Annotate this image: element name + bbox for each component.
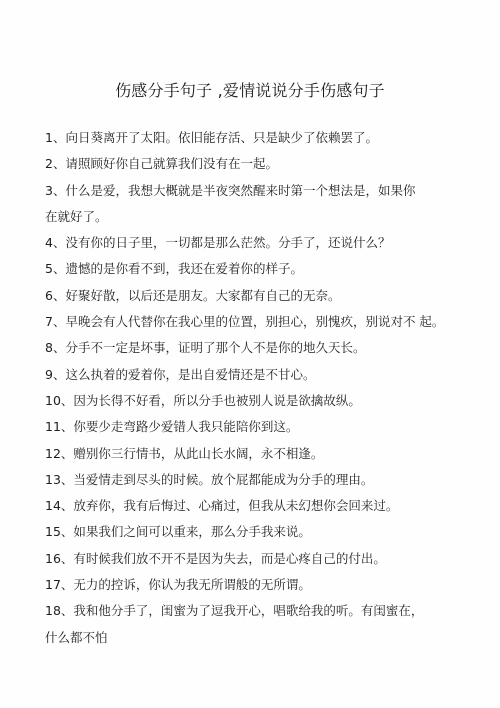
item-number: 12、 bbox=[45, 446, 73, 461]
sentence-text: 1、向日葵离开了太阳。依旧能存活、只是缺少了依赖罢了。 bbox=[45, 125, 455, 151]
item-number: 3、 bbox=[45, 183, 65, 198]
item-number: 2、 bbox=[45, 156, 65, 171]
sentence-text: 4、没有你的日子里，一切都是那么茫然。分手了，还说什么？ bbox=[45, 230, 455, 256]
sentence-list: 1、向日葵离开了太阳。依旧能存活、只是缺少了依赖罢了。2、请照顾好你自己就算我们… bbox=[45, 125, 455, 651]
list-item: 8、分手不一定是坏事，证明了那个人不是你的地久天长。 bbox=[45, 335, 455, 361]
list-item: 7、早晚会有人代替你在我心里的位置，别担心，别愧疚，别说对不 起。 bbox=[45, 309, 455, 335]
list-item: 11、你要少走弯路少爱错人我只能陪你到这。 bbox=[45, 414, 455, 440]
sentence-line: 没有你的日子里，一切都是那么茫然。分手了，还说什么？ bbox=[65, 235, 390, 250]
item-number: 16、 bbox=[45, 551, 73, 566]
item-number: 9、 bbox=[45, 367, 65, 382]
list-item: 14、放弃你，我有后悔过、心痛过，但我从未幻想你会回来过。 bbox=[45, 493, 455, 519]
list-item: 1、向日葵离开了太阳。依旧能存活、只是缺少了依赖罢了。 bbox=[45, 125, 455, 151]
sentence-line: 你要少走弯路少爱错人我只能陪你到这。 bbox=[73, 419, 298, 434]
item-number: 11、 bbox=[45, 419, 73, 434]
item-number: 4、 bbox=[45, 235, 65, 250]
sentence-text: 16、有时候我们放不开不是因为失去，而是心疼自己的付出。 bbox=[45, 546, 455, 572]
list-item: 9、这么执着的爱着你，是出自爱情还是不甘心。 bbox=[45, 362, 455, 388]
sentence-text: 2、请照顾好你自己就算我们没有在一起。 bbox=[45, 151, 455, 177]
sentence-text: 18、我和他分手了，闺蜜为了逗我开心，唱歌给我的听。有闺蜜在， bbox=[45, 598, 455, 624]
sentence-text: 17、无力的控诉，你认为我无所谓般的无所谓。 bbox=[45, 572, 455, 598]
sentence-line: 我和他分手了，闺蜜为了逗我开心，唱歌给我的听。有闺蜜在， bbox=[73, 603, 423, 618]
sentence-text: 15、如果我们之间可以重来，那么分手我来说。 bbox=[45, 519, 455, 545]
sentence-line: 如果我们之间可以重来，那么分手我来说。 bbox=[73, 524, 311, 539]
list-item: 4、没有你的日子里，一切都是那么茫然。分手了，还说什么？ bbox=[45, 230, 455, 256]
item-number: 5、 bbox=[45, 261, 65, 276]
item-number: 6、 bbox=[45, 288, 65, 303]
list-item: 10、因为长得不好看，所以分手也被别人说是欲擒故纵。 bbox=[45, 388, 455, 414]
sentence-line: 遗憾的是你看不到，我还在爱着你的样子。 bbox=[65, 261, 303, 276]
list-item: 2、请照顾好你自己就算我们没有在一起。 bbox=[45, 151, 455, 177]
sentence-line: 放弃你，我有后悔过、心痛过，但我从未幻想你会回来过。 bbox=[73, 498, 398, 513]
list-item: 5、遗憾的是你看不到，我还在爱着你的样子。 bbox=[45, 256, 455, 282]
item-number: 1、 bbox=[45, 130, 65, 145]
item-number: 17、 bbox=[45, 577, 73, 592]
sentence-line: 向日葵离开了太阳。依旧能存活、只是缺少了依赖罢了。 bbox=[65, 130, 378, 145]
sentence-line: 有时候我们放不开不是因为失去，而是心疼自己的付出。 bbox=[73, 551, 386, 566]
list-item: 15、如果我们之间可以重来，那么分手我来说。 bbox=[45, 519, 455, 545]
item-number: 18、 bbox=[45, 603, 73, 618]
sentence-line: 这么执着的爱着你，是出自爱情还是不甘心。 bbox=[65, 367, 315, 382]
sentence-text: 11、你要少走弯路少爱错人我只能陪你到这。 bbox=[45, 414, 455, 440]
list-item: 12、赠别你三行情书，从此山长水阔，永不相逢。 bbox=[45, 441, 455, 467]
item-number: 14、 bbox=[45, 498, 73, 513]
sentence-text: 12、赠别你三行情书，从此山长水阔，永不相逢。 bbox=[45, 441, 455, 467]
document-page: 伤感分手句子 ,爱情说说分手伤感句子 1、向日葵离开了太阳。依旧能存活、只是缺少… bbox=[0, 0, 500, 708]
sentence-line: 好聚好散，以后还是朋友。大家都有自己的无奈。 bbox=[65, 288, 340, 303]
sentence-text: 3、什么是爱，我想大概就是半夜突然醒来时第一个想法是，如果你 bbox=[45, 178, 455, 204]
list-item: 13、当爱情走到尽头的时候。放个屁都能成为分手的理由。 bbox=[45, 467, 455, 493]
list-item: 17、无力的控诉，你认为我无所谓般的无所谓。 bbox=[45, 572, 455, 598]
sentence-line: 赠别你三行情书，从此山长水阔，永不相逢。 bbox=[73, 446, 323, 461]
sentence-continuation: 在就好了。 bbox=[45, 204, 455, 230]
sentence-line: 什么是爱，我想大概就是半夜突然醒来时第一个想法是，如果你 bbox=[65, 183, 415, 198]
sentence-line: 分手不一定是坏事，证明了那个人不是你的地久天长。 bbox=[65, 340, 365, 355]
sentence-continuation: 什么都不怕 bbox=[45, 625, 455, 651]
sentence-text: 8、分手不一定是坏事，证明了那个人不是你的地久天长。 bbox=[45, 335, 455, 361]
item-number: 7、 bbox=[45, 314, 65, 329]
item-number: 15、 bbox=[45, 524, 73, 539]
sentence-text: 13、当爱情走到尽头的时候。放个屁都能成为分手的理由。 bbox=[45, 467, 455, 493]
item-number: 8、 bbox=[45, 340, 65, 355]
list-item: 18、我和他分手了，闺蜜为了逗我开心，唱歌给我的听。有闺蜜在，什么都不怕 bbox=[45, 598, 455, 651]
list-item: 3、什么是爱，我想大概就是半夜突然醒来时第一个想法是，如果你在就好了。 bbox=[45, 178, 455, 231]
sentence-line: 无力的控诉，你认为我无所谓般的无所谓。 bbox=[73, 577, 311, 592]
sentence-line: 早晚会有人代替你在我心里的位置，别担心，别愧疚，别说对不 起。 bbox=[65, 314, 444, 329]
item-number: 10、 bbox=[45, 393, 73, 408]
sentence-text: 9、这么执着的爱着你，是出自爱情还是不甘心。 bbox=[45, 362, 455, 388]
sentence-text: 10、因为长得不好看，所以分手也被别人说是欲擒故纵。 bbox=[45, 388, 455, 414]
sentence-line: 因为长得不好看，所以分手也被别人说是欲擒故纵。 bbox=[73, 393, 361, 408]
sentence-line: 请照顾好你自己就算我们没有在一起。 bbox=[65, 156, 278, 171]
item-number: 13、 bbox=[45, 472, 73, 487]
sentence-line: 当爱情走到尽头的时候。放个屁都能成为分手的理由。 bbox=[73, 472, 373, 487]
list-item: 6、好聚好散，以后还是朋友。大家都有自己的无奈。 bbox=[45, 283, 455, 309]
sentence-text: 14、放弃你，我有后悔过、心痛过，但我从未幻想你会回来过。 bbox=[45, 493, 455, 519]
sentence-text: 7、早晚会有人代替你在我心里的位置，别担心，别愧疚，别说对不 起。 bbox=[45, 309, 455, 335]
page-title: 伤感分手句子 ,爱情说说分手伤感句子 bbox=[0, 80, 500, 102]
sentence-text: 5、遗憾的是你看不到，我还在爱着你的样子。 bbox=[45, 256, 455, 282]
sentence-text: 6、好聚好散，以后还是朋友。大家都有自己的无奈。 bbox=[45, 283, 455, 309]
list-item: 16、有时候我们放不开不是因为失去，而是心疼自己的付出。 bbox=[45, 546, 455, 572]
